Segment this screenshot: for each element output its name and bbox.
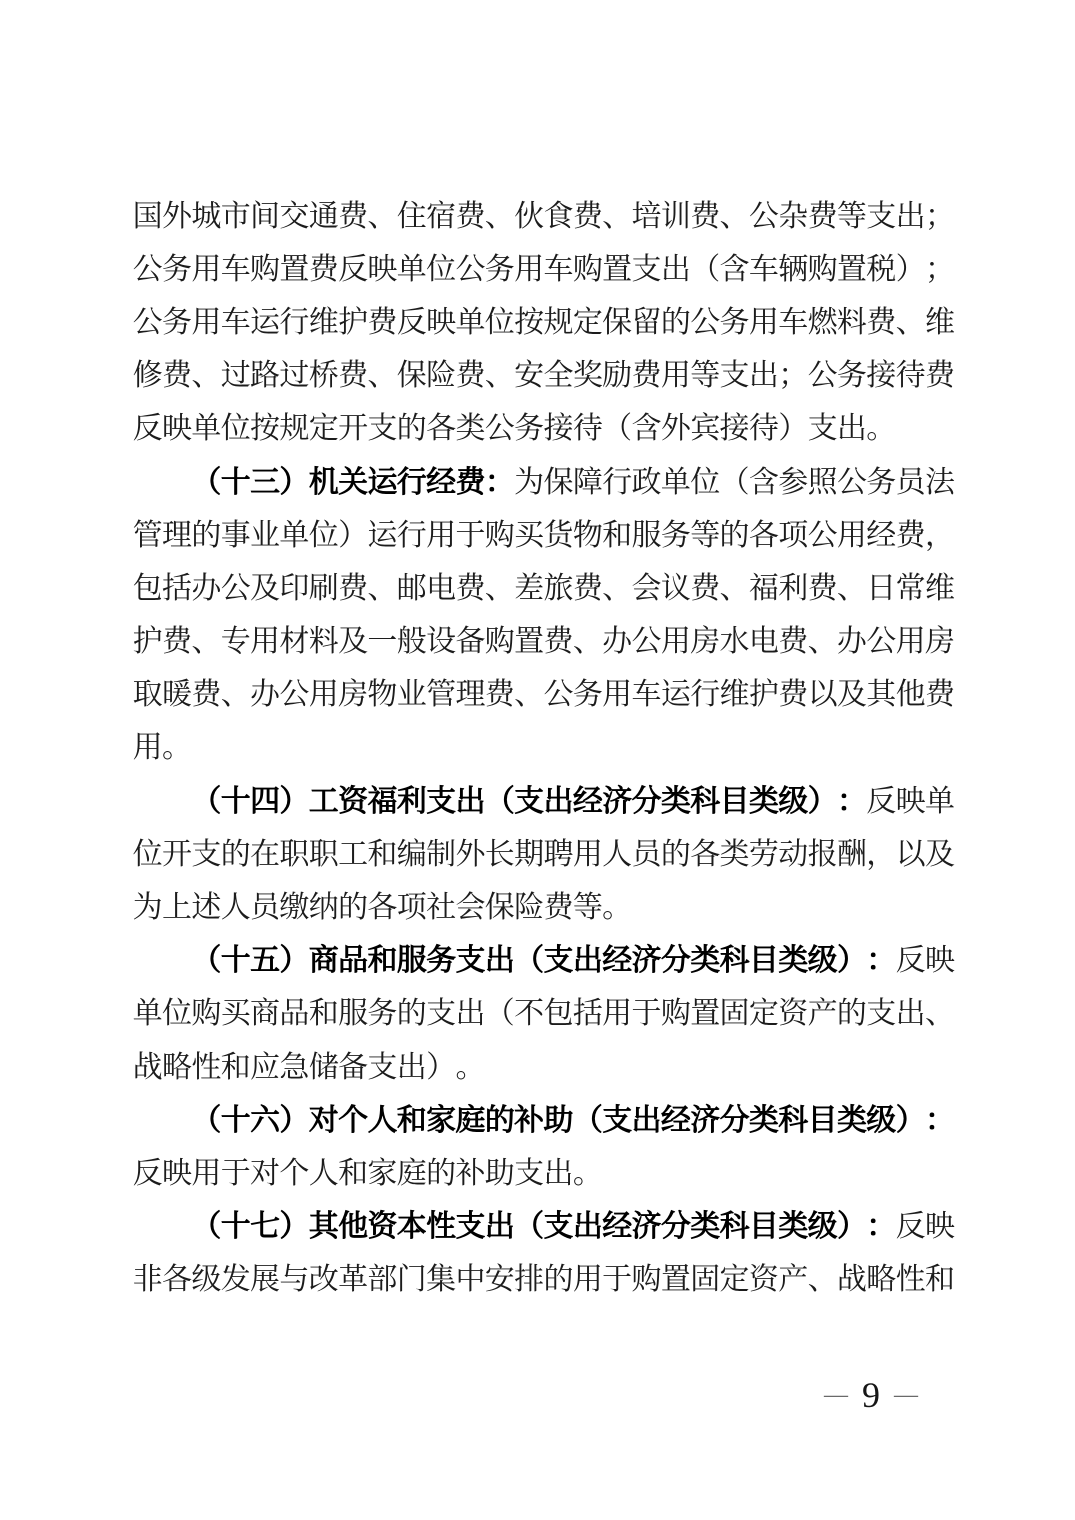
text-line: （十七）其他资本性支出（支出经济分类科目类级）：反映 bbox=[133, 1201, 955, 1254]
text-line: （十三）机关运行经费：为保障行政单位（含参照公务员法 bbox=[133, 456, 955, 509]
text-line: 国外城市间交通费、住宿费、伙食费、培训费、公杂费等支出； bbox=[133, 190, 955, 243]
page-number: 9 bbox=[862, 1377, 880, 1413]
footer-dash-left: — bbox=[824, 1383, 848, 1407]
text-line: 取暖费、办公用房物业管理费、公务用车运行维护费以及其他费 bbox=[133, 669, 955, 722]
text-line: 护费、专用材料及一般设备购置费、办公用房水电费、办公用房 bbox=[133, 616, 955, 669]
text-line: 反映单位按规定开支的各类公务接待（含外宾接待）支出。 bbox=[133, 403, 955, 456]
text-line: 包括办公及印刷费、邮电费、差旅费、会议费、福利费、日常维 bbox=[133, 562, 955, 615]
document-body: 国外城市间交通费、住宿费、伙食费、培训费、公杂费等支出；公务用车购置费反映单位公… bbox=[133, 190, 955, 1307]
text-line: 反映用于对个人和家庭的补助支出。 bbox=[133, 1147, 955, 1200]
page-footer: — 9 — bbox=[0, 1378, 1075, 1412]
text-line: 管理的事业单位）运行用于购买货物和服务等的各项公用经费， bbox=[133, 509, 955, 562]
text-line: （十六）对个人和家庭的补助（支出经济分类科目类级）： bbox=[133, 1094, 955, 1147]
text-line: 位开支的在职职工和编制外长期聘用人员的各类劳动报酬，以及 bbox=[133, 828, 955, 881]
text-line: 非各级发展与改革部门集中安排的用于购置固定资产、战略性和 bbox=[133, 1254, 955, 1307]
document-page: 国外城市间交通费、住宿费、伙食费、培训费、公杂费等支出；公务用车购置费反映单位公… bbox=[0, 0, 1075, 1520]
text-line: （十五）商品和服务支出（支出经济分类科目类级）：反映 bbox=[133, 935, 955, 988]
footer-dash-right: — bbox=[894, 1383, 918, 1407]
text-line: 用。 bbox=[133, 722, 955, 775]
text-line: 修费、过路过桥费、保险费、安全奖励费用等支出；公务接待费 bbox=[133, 350, 955, 403]
text-line: 公务用车购置费反映单位公务用车购置支出（含车辆购置税）； bbox=[133, 243, 955, 296]
text-line: 为上述人员缴纳的各项社会保险费等。 bbox=[133, 881, 955, 934]
text-line: 单位购买商品和服务的支出（不包括用于购置固定资产的支出、 bbox=[133, 988, 955, 1041]
text-line: 公务用车运行维护费反映单位按规定保留的公务用车燃料费、维 bbox=[133, 296, 955, 349]
text-line: 战略性和应急储备支出）。 bbox=[133, 1041, 955, 1094]
text-line: （十四）工资福利支出（支出经济分类科目类级）：反映单 bbox=[133, 775, 955, 828]
